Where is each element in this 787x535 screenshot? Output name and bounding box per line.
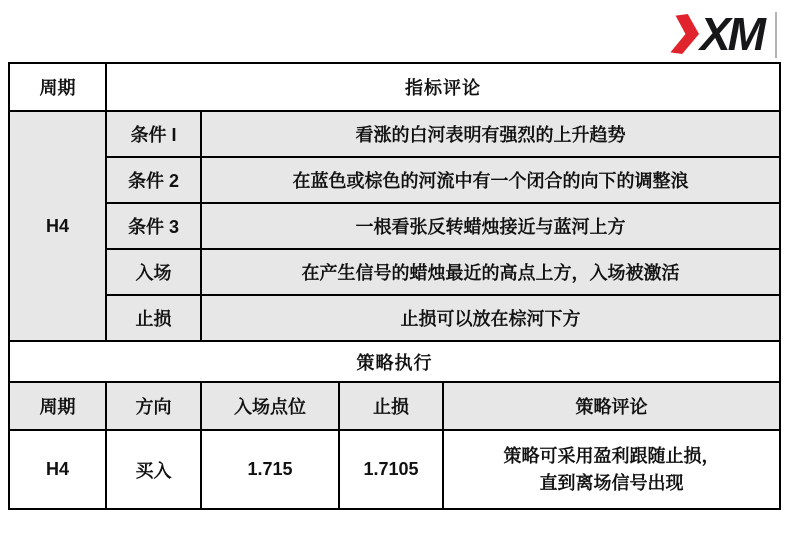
condition-label: 条件 3 (106, 203, 201, 249)
period-header-cell: 周期 (9, 63, 106, 111)
exec-stoploss-value: 1.7105 (339, 430, 443, 509)
xm-logo-arrow-icon (670, 14, 702, 54)
exec-comment-header: 策略评论 (443, 382, 780, 430)
condition-label: 条件 2 (106, 157, 201, 203)
page-edge-line (775, 12, 777, 58)
execution-data-row: H4 买入 1.715 1.7105 策略可采用盈利跟随止损， 直到离场信号出现 (9, 430, 780, 509)
strategy-table: 周期 指标评论 H4 条件 I 看涨的白河表明有强烈的上升趋势 条件 2 在蓝色… (8, 62, 781, 510)
indicator-title-cell: 指标评论 (106, 63, 780, 111)
exec-direction-header: 方向 (106, 382, 201, 430)
xm-logo-text: XM (700, 11, 769, 57)
exec-entry-value: 1.715 (201, 430, 339, 509)
entry-row: 入场 在产生信号的蜡烛最近的高点上方，入场被激活 (9, 249, 780, 295)
xm-logo: XM (673, 10, 769, 58)
entry-text: 在产生信号的蜡烛最近的高点上方，入场被激活 (201, 249, 780, 295)
exec-period-header: 周期 (9, 382, 106, 430)
condition-row: 条件 2 在蓝色或棕色的河流中有一个闭合的向下的调整浪 (9, 157, 780, 203)
condition-label: 条件 I (106, 111, 201, 157)
exec-comment-value: 策略可采用盈利跟随止损， 直到离场信号出现 (443, 430, 780, 509)
stoploss-text: 止损可以放在棕河下方 (201, 295, 780, 341)
condition-text: 一根看张反转蜡烛接近与蓝河上方 (201, 203, 780, 249)
entry-label: 入场 (106, 249, 201, 295)
exec-period-value: H4 (9, 430, 106, 509)
stoploss-row: 止损 止损可以放在棕河下方 (9, 295, 780, 341)
period-value-cell: H4 (9, 111, 106, 341)
stoploss-label: 止损 (106, 295, 201, 341)
exec-stoploss-header: 止损 (339, 382, 443, 430)
execution-banner-row: 策略执行 (9, 341, 780, 382)
exec-entry-header: 入场点位 (201, 382, 339, 430)
condition-row: H4 条件 I 看涨的白河表明有强烈的上升趋势 (9, 111, 780, 157)
page: XM 周期 指标评论 H4 条件 I 看涨的白河表明有强烈的上升趋势 条件 2 … (0, 0, 787, 535)
execution-title-cell: 策略执行 (9, 341, 780, 382)
condition-text: 看涨的白河表明有强烈的上升趋势 (201, 111, 780, 157)
condition-text: 在蓝色或棕色的河流中有一个闭合的向下的调整浪 (201, 157, 780, 203)
exec-direction-value: 买入 (106, 430, 201, 509)
indicator-header-row: 周期 指标评论 (9, 63, 780, 111)
execution-header-row: 周期 方向 入场点位 止损 策略评论 (9, 382, 780, 430)
condition-row: 条件 3 一根看张反转蜡烛接近与蓝河上方 (9, 203, 780, 249)
